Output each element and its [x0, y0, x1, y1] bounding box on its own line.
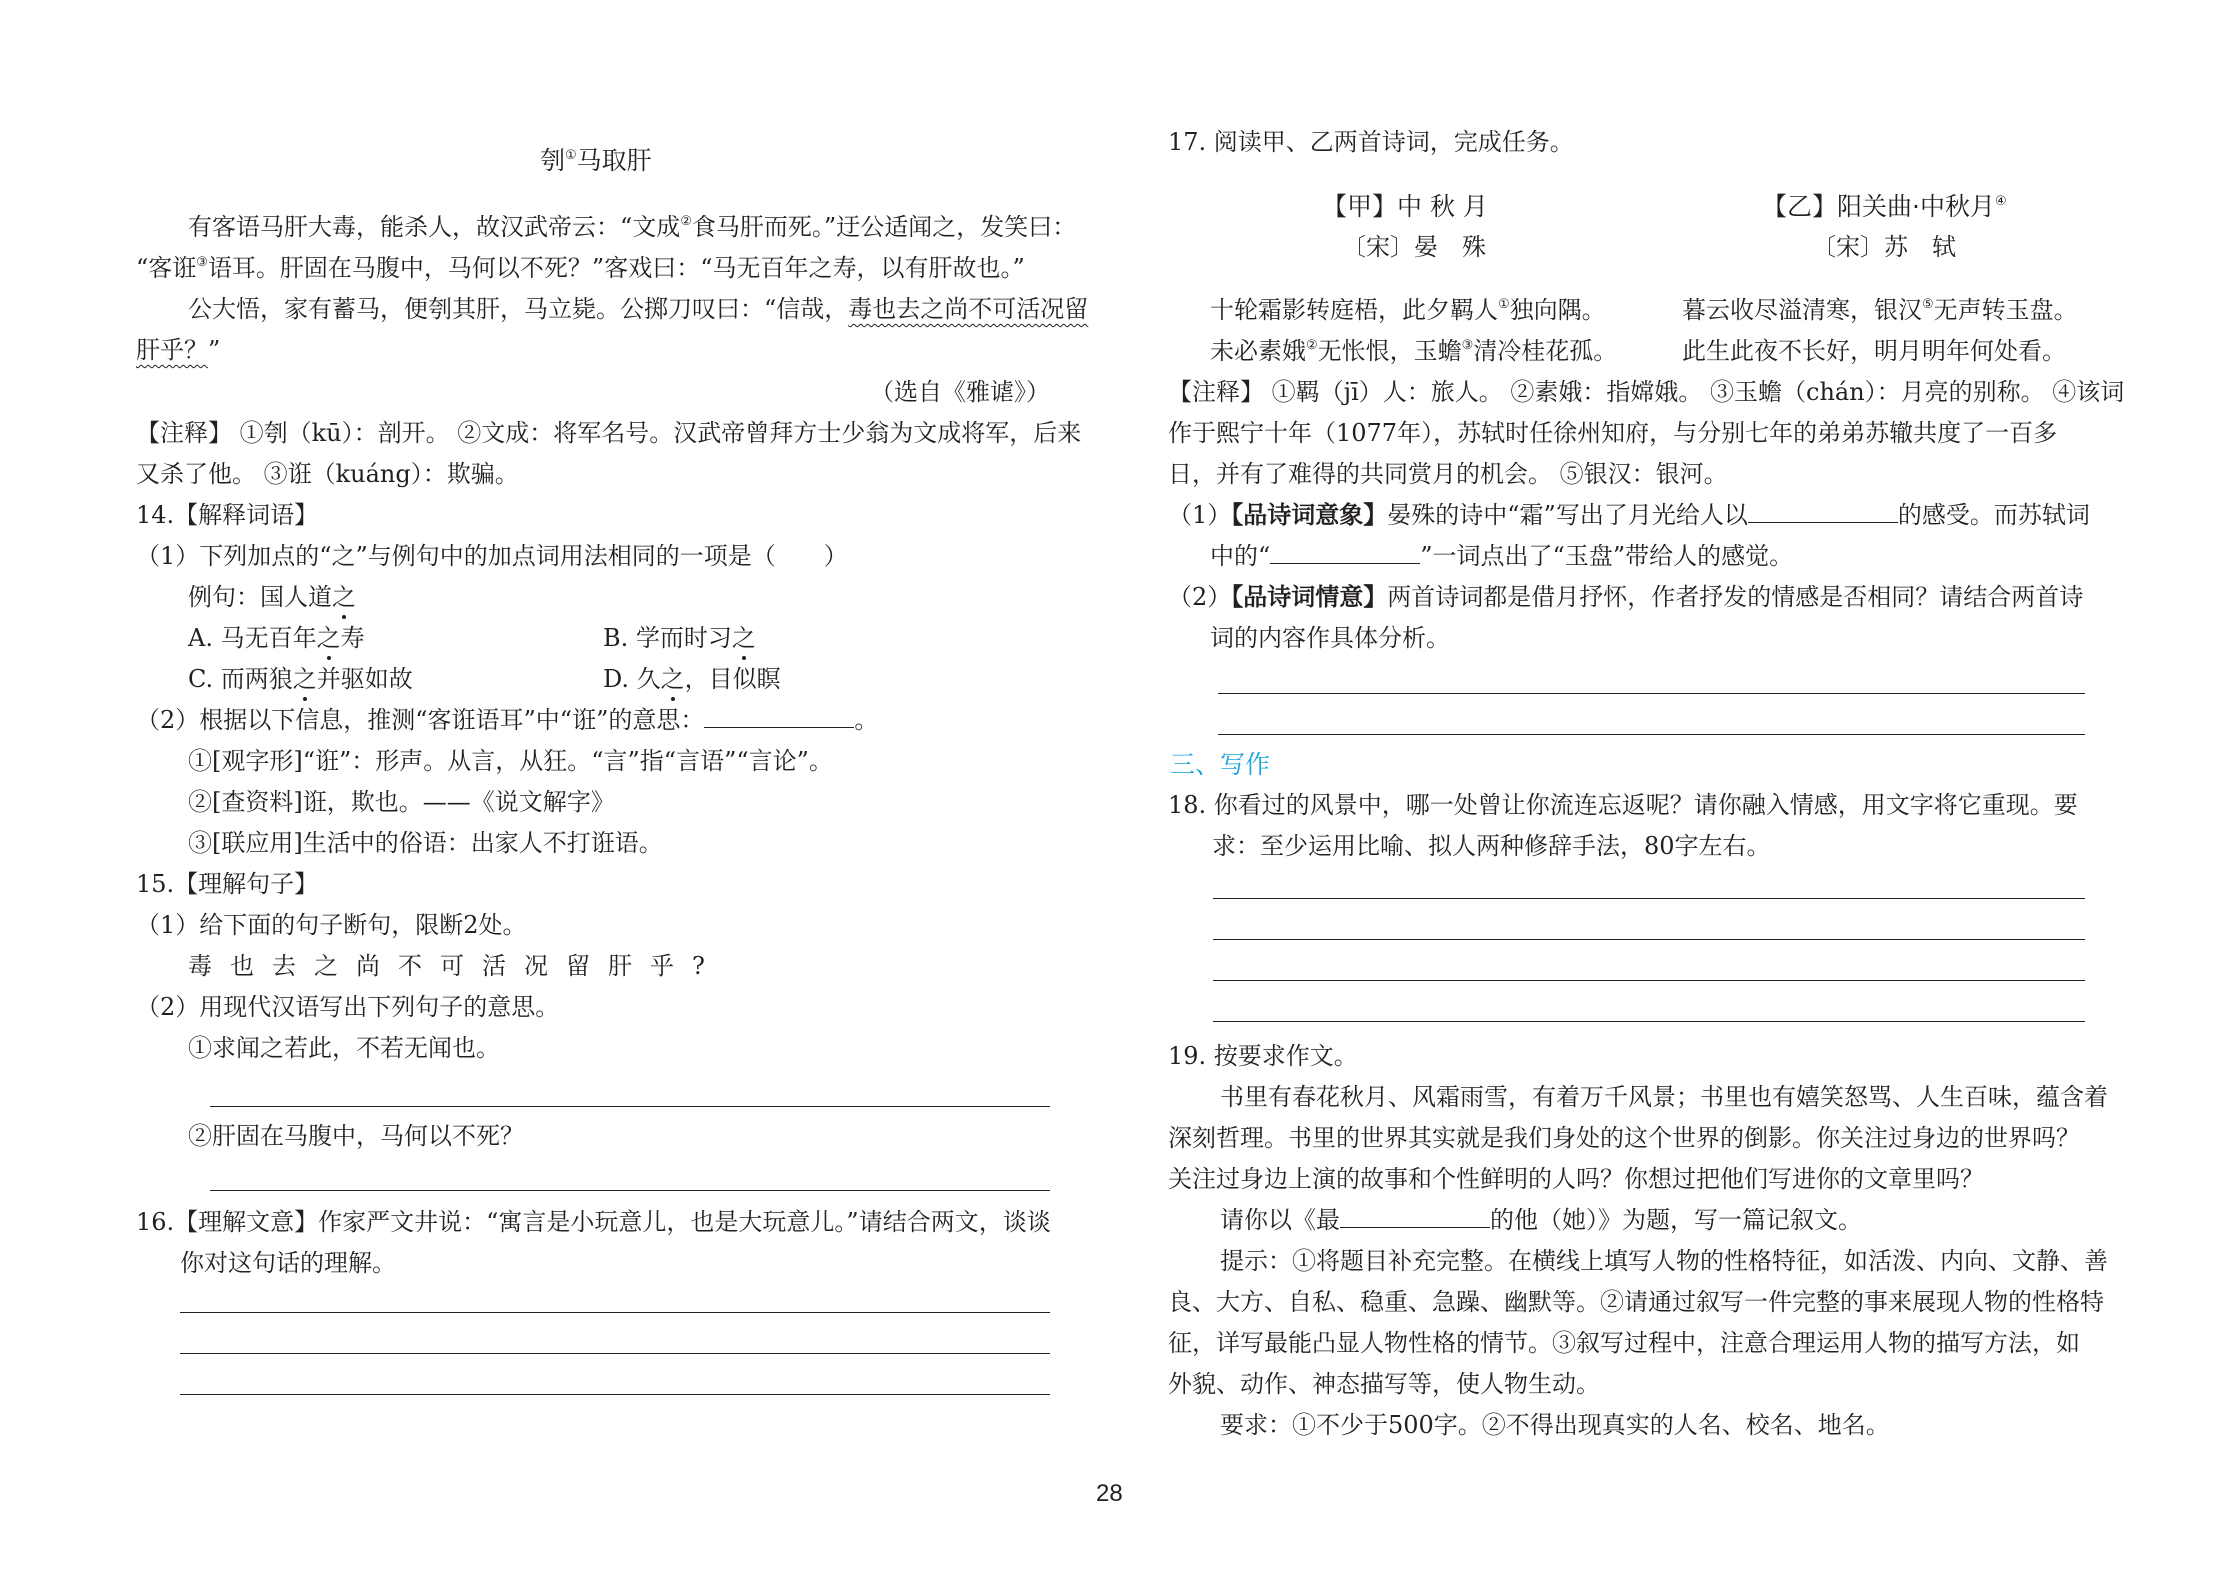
- poem-b-line: 暮云收尽溢清寒，银汉⑤无声转玉盘。: [1682, 298, 2078, 322]
- poem-a-title: 【甲】中 秋 月: [1322, 194, 1488, 219]
- footnote-marker: ②: [680, 214, 692, 229]
- answer-line[interactable]: [180, 1353, 1050, 1354]
- translate-sentence-1: ①求闻之若此，不若无闻也。: [188, 1036, 500, 1060]
- poem-a-line: 未必素娥②无怅恨，玉蟾③清冷桂花孤。: [1210, 339, 1617, 363]
- punctuation-sentence: 毒也去之尚不可活况留肝乎?: [188, 954, 723, 978]
- requirement-line: 要求：①不少于500字。②不得出现真实的人名、校名、地名。: [1220, 1413, 1890, 1437]
- title-text: 刳: [540, 146, 565, 175]
- passage-line: “客诳③语耳。肝固在马腹中，马何以不死？”客戏曰：“马无百年之寿，以有肝故也。”: [136, 256, 1025, 280]
- question-15-heading: 15.【理解句子】: [136, 872, 318, 896]
- poem-b-author: 〔宋〕苏 轼: [1812, 235, 1956, 259]
- prompt-line: 书里有春花秋月、风霜雨雪，有着万千风景；书里也有嬉笑怒骂、人生百味，蕴含着: [1220, 1085, 2108, 1109]
- prompt-line: 关注过身边上演的故事和个性鲜明的人吗？你想过把他们写进你的文章里吗？: [1168, 1167, 1984, 1191]
- answer-blank[interactable]: [1270, 562, 1420, 564]
- answer-blank[interactable]: [1748, 521, 1898, 523]
- clue-2: ②[查资料]诳，欺也。——《说文解字》: [188, 790, 615, 814]
- footnote-marker: ④: [1995, 194, 2007, 209]
- footnote-marker: ①: [565, 148, 577, 163]
- wavy-underlined-text: 肝乎？: [136, 336, 208, 364]
- question-19-heading: 19. 按要求作文。: [1168, 1044, 1358, 1068]
- annotation-line: 日，并有了难得的共同赏月的机会。 ⑤银汉：银河。: [1168, 462, 1728, 486]
- answer-line[interactable]: [210, 1190, 1050, 1191]
- passage-title: 刳①马取肝: [540, 148, 652, 173]
- dotted-char: 之: [332, 583, 356, 611]
- question-18: 18. 你看过的风景中，哪一处曾让你流连忘返呢？请你融入情感，用文字将它重现。要: [1168, 793, 2078, 817]
- clue-1: ①[观字形]“诳”：形声。从言，从狂。“言”指“言语”“言论”。: [188, 749, 833, 773]
- option-c[interactable]: C. 而两狼之并驱如故: [188, 667, 413, 691]
- poem-a-author: 〔宋〕晏 殊: [1342, 235, 1486, 259]
- option-a[interactable]: A. 马无百年之寿: [188, 626, 365, 650]
- answer-blank[interactable]: [704, 726, 854, 728]
- answer-line[interactable]: [1218, 734, 2085, 735]
- question-17-1: 中的“”一词点出了“玉盘”带给人的感觉。: [1210, 544, 1793, 568]
- hint-line: 征，详写最能凸显人物性格的情节。③叙写过程中，注意合理运用人物的描写方法，如: [1168, 1331, 2080, 1355]
- answer-line[interactable]: [1213, 939, 2085, 940]
- wavy-underlined-text: 毒也去之尚不可活况留: [848, 295, 1088, 323]
- poem-b-title: 【乙】阳关曲·中秋月④: [1762, 194, 2007, 219]
- answer-line[interactable]: [1218, 693, 2085, 694]
- clue-3: ③[联应用]生活中的俗语：出家人不打诳语。: [188, 831, 663, 855]
- example-sentence: 例句：国人道之: [188, 585, 356, 609]
- annotation-line: 又杀了他。 ③诳（kuáng）：欺骗。: [136, 462, 519, 486]
- question-17-1: （1）【品诗词意象】晏殊的诗中“霜”写出了月光给人以的感受。而苏轼词: [1168, 503, 2090, 527]
- passage-line: 公大悟，家有蓄马，便刳其肝，马立毙。公掷刀叹曰：“信哉，毒也去之尚不可活况留: [188, 297, 1088, 321]
- answer-line[interactable]: [180, 1394, 1050, 1395]
- passage-line: 有客语马肝大毒，能杀人，故汉武帝云：“文成②食马肝而死。”迂公适闻之，发笑曰：: [188, 215, 1076, 239]
- answer-line[interactable]: [1213, 898, 2085, 899]
- question-17-2: （2）【品诗词情意】两首诗词都是借月抒怀，作者抒发的情感是否相同？请结合两首诗: [1168, 585, 2083, 609]
- hint-line: 外貌、动作、神态描写等，使人物生动。: [1168, 1372, 1600, 1396]
- option-b[interactable]: B. 学而时习之: [603, 626, 756, 650]
- tag-label: 【品诗词情意】: [1231, 583, 1387, 611]
- translate-sentence-2: ②肝固在马腹中，马何以不死？: [188, 1124, 524, 1148]
- answer-line[interactable]: [180, 1312, 1050, 1313]
- poem-a-line: 十轮霜影转庭梧，此夕羁人①独向隅。: [1210, 298, 1606, 322]
- question-15-2: （2）用现代汉语写出下列句子的意思。: [136, 995, 559, 1019]
- question-14-heading: 14.【解释词语】: [136, 503, 318, 527]
- essay-title-prompt: 请你以《最的他（她）》为题，写一篇记叙文。: [1220, 1208, 1862, 1232]
- answer-line[interactable]: [1213, 980, 2085, 981]
- question-16: 你对这句话的理解。: [180, 1251, 396, 1275]
- question-15-1: （1）给下面的句子断句，限断2处。: [136, 913, 527, 937]
- prompt-line: 深刻哲理。书里的世界其实就是我们身处的这个世界的倒影。你关注过身边的世界吗？: [1168, 1126, 2080, 1150]
- tag-label: 【品诗词意象】: [1231, 501, 1387, 529]
- hint-line: 提示：①将题目补充完整。在横线上填写人物的性格特征，如活泼、内向、文静、善: [1220, 1249, 2108, 1273]
- question-14-1: （1）下列加点的“之”与例句中的加点词用法相同的一项是（ ）: [136, 544, 848, 568]
- passage-line: 肝乎？”: [136, 338, 220, 362]
- question-17-heading: 17. 阅读甲、乙两首诗词，完成任务。: [1168, 130, 1574, 154]
- option-d[interactable]: D. 久之，目似瞑: [603, 667, 781, 691]
- footnote-marker: ③: [196, 255, 208, 270]
- annotation-line: 作于熙宁十年（1077年），苏轼时任徐州知府，与分别七年的弟弟苏辙共度了一百多: [1168, 421, 2057, 445]
- passage-source: （选自《雅谑》）: [870, 380, 1050, 404]
- section-heading-writing: 三、写作: [1170, 752, 1270, 777]
- page-number: 28: [1096, 1482, 1123, 1506]
- question-17-2: 词的内容作具体分析。: [1210, 626, 1450, 650]
- poem-b-line: 此生此夜不长好，明月明年何处看。: [1682, 339, 2066, 363]
- essay-title-blank[interactable]: [1340, 1226, 1490, 1228]
- answer-line[interactable]: [1213, 1021, 2085, 1022]
- question-16: 16.【理解文意】作家严文井说：“寓言是小玩意儿，也是大玩意儿。”请结合两文，谈…: [136, 1210, 1051, 1234]
- answer-line[interactable]: [210, 1106, 1050, 1107]
- question-14-2: （2）根据以下信息，推测“客诳语耳”中“诳”的意思：。: [136, 708, 878, 732]
- annotation-line: 【注释】 ①刳（kū）：剖开。 ②文成：将军名号。汉武帝曾拜方士少翁为文成将军，…: [136, 421, 1081, 445]
- question-18: 求：至少运用比喻、拟人两种修辞手法，80字左右。: [1212, 834, 1771, 858]
- annotation-line: 【注释】 ①羁（jī）人：旅人。 ②素娥：指嫦娥。 ③玉蟾（chán）：月亮的别…: [1168, 380, 2124, 404]
- hint-line: 良、大方、自私、稳重、急躁、幽默等。②请通过叙写一件完整的事来展现人物的性格特: [1168, 1290, 2104, 1314]
- title-text: 马取肝: [577, 146, 652, 175]
